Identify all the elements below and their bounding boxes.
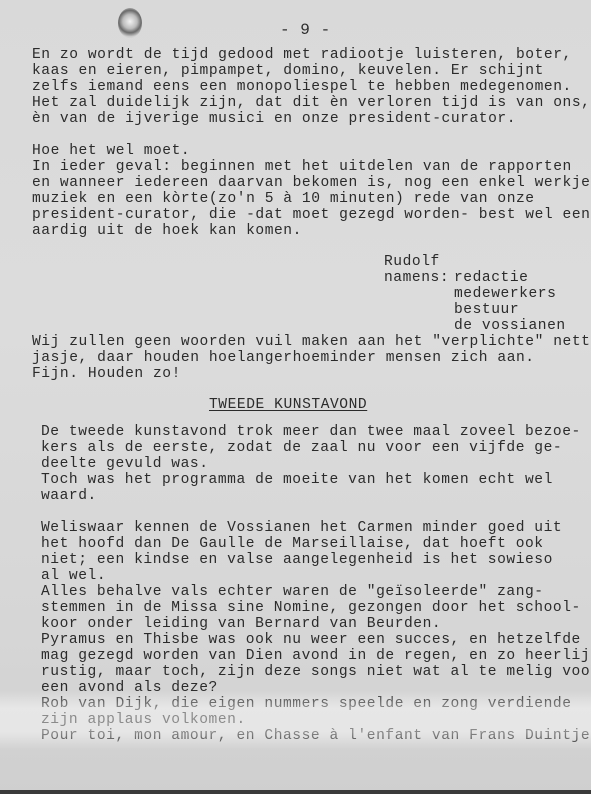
text-line: mag gezegd worden van Dien avond in de r… — [41, 648, 591, 664]
signature-entity: medewerkers — [454, 286, 556, 302]
text-line: president-curator, die -dat moet gezegd … — [32, 207, 591, 223]
text-line: kaas en eieren, pimpampet, domino, keuve… — [32, 63, 544, 79]
text-line: zelfs iemand eens een monopoliespel te h… — [32, 79, 572, 95]
text-line: En zo wordt de tijd gedood met radiootje… — [32, 47, 572, 63]
text-line: Pyramus en Thisbe was ook nu weer een su… — [41, 632, 581, 648]
text-line: en wanneer iedereen daarvan bekomen is, … — [32, 175, 590, 191]
text-line: het hoofd dan De Gaulle de Marseillaise,… — [41, 536, 544, 552]
text-line: Hoe het wel moet. — [32, 143, 190, 159]
text-line: stemmen in de Missa sine Nomine, gezonge… — [41, 600, 581, 616]
section-heading: TWEEDE KUNSTAVOND — [209, 397, 367, 413]
text-line: In ieder geval: beginnen met het uitdele… — [32, 159, 572, 175]
signature-entity: bestuur — [454, 302, 519, 318]
page-number: - 9 - — [280, 22, 331, 38]
signature-label: namens: — [384, 270, 449, 286]
text-line: Wij zullen geen woorden vuil maken aan h… — [32, 334, 591, 350]
text-line: koor onder leiding van Bernard van Beurd… — [41, 616, 441, 632]
text-line: niet; een kindse en valse aangelegenheid… — [41, 552, 553, 568]
text-line: Pour toi, mon amour, en Chasse à l'enfan… — [41, 728, 591, 744]
text-line: Het zal duidelijk zijn, dat dit èn verlo… — [32, 95, 590, 111]
signature-name: Rudolf — [384, 254, 440, 270]
text-line: rustig, maar toch, zijn deze songs niet … — [41, 664, 591, 680]
text-line: deelte gevuld was. — [41, 456, 209, 472]
text-line: kers als de eerste, zodat de zaal nu voo… — [41, 440, 562, 456]
text-line: al wel. — [41, 568, 106, 584]
text-line: een avond als deze? — [41, 680, 218, 696]
punch-hole-mark — [118, 8, 142, 38]
signature-entity: de vossianen — [454, 318, 566, 334]
page-edge — [0, 790, 591, 794]
text-line: De tweede kunstavond trok meer dan twee … — [41, 424, 581, 440]
signature-entity: redactie — [454, 270, 528, 286]
text-line: Toch was het programma de moeite van het… — [41, 472, 553, 488]
text-line: Fijn. Houden zo! — [32, 366, 181, 382]
text-line: Rob van Dijk, die eigen nummers speelde … — [41, 696, 572, 712]
text-line: Alles behalve vals echter waren de "geïs… — [41, 584, 544, 600]
text-line: jasje, daar houden hoelangerhoeminder me… — [32, 350, 535, 366]
typewritten-page: - 9 - En zo wordt de tijd gedood met rad… — [0, 0, 591, 794]
text-line: zijn applaus volkomen. — [41, 712, 246, 728]
text-line: èn van de ijverige musici en onze presid… — [32, 111, 516, 127]
text-line: aardig uit de hoek kan komen. — [32, 223, 302, 239]
text-line: muziek en een kòrte(zo'n 5 à 10 minuten)… — [32, 191, 535, 207]
text-line: Weliswaar kennen de Vossianen het Carmen… — [41, 520, 562, 536]
text-line: waard. — [41, 488, 97, 504]
